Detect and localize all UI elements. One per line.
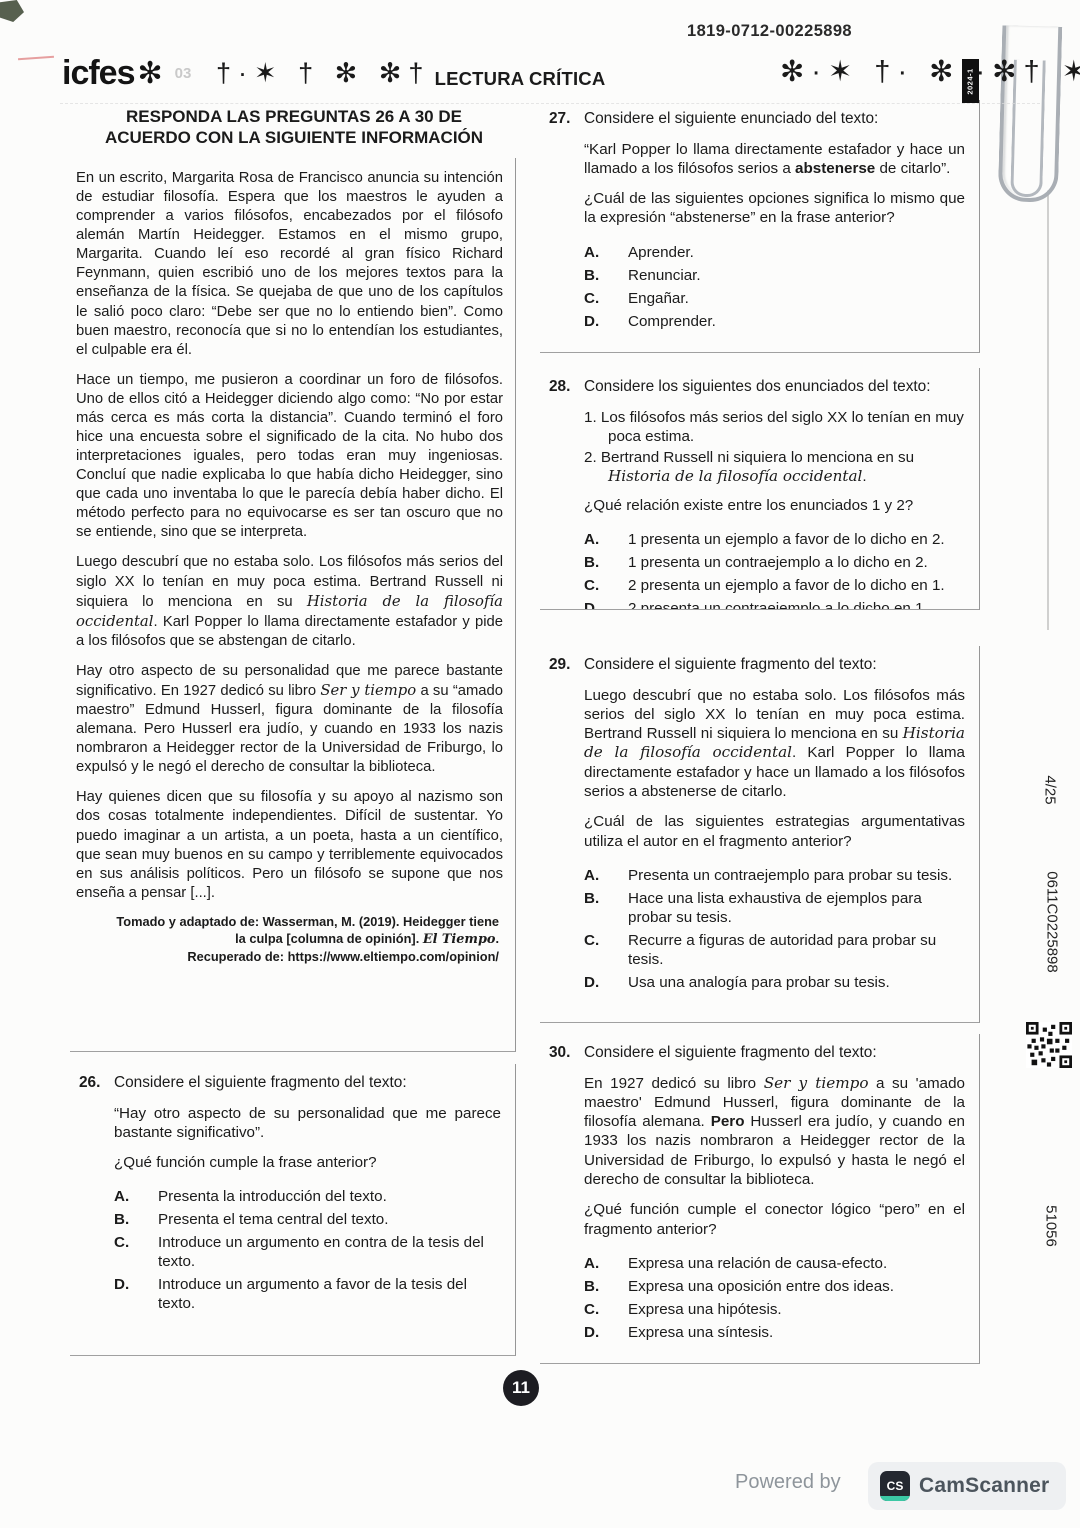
question-intro: Considere el siguiente fragmento del tex… xyxy=(584,655,965,675)
option-text: Expresa una oposición entre dos ideas. xyxy=(628,1277,965,1296)
question-intro: Considere los siguientes dos enunciados … xyxy=(584,377,965,397)
option-text: Comprender. xyxy=(628,312,965,331)
option-text: 1 presenta un contraejemplo a lo dicho e… xyxy=(628,553,965,572)
option-text: Expresa una hipótesis. xyxy=(628,1300,965,1319)
statement-1: 1. Los filósofos más serios del siglo XX… xyxy=(584,408,965,447)
option-letter: C. xyxy=(114,1233,158,1271)
option-text: Hace una lista exhaustiva de ejemplos pa… xyxy=(628,889,965,927)
scan-red-line-artifact xyxy=(18,56,54,61)
option-text: Expresa una síntesis. xyxy=(628,1323,965,1342)
statement-2: 2. Bertrand Russell ni siquiera lo menci… xyxy=(584,448,965,487)
powered-by-label: Powered by xyxy=(735,1471,841,1494)
question-fragment: En 1927 dedicó su libro Ser y tiempo a s… xyxy=(584,1074,965,1190)
cycle-badge-label: 2024-1 xyxy=(966,68,975,94)
option-d: D.Expresa una síntesis. xyxy=(584,1323,965,1342)
option-letter: A. xyxy=(584,1254,628,1273)
source-line: Tomado y adaptado de: Wasserman, M. (201… xyxy=(76,914,499,931)
question-prompt: ¿Cuál de las siguientes opciones signifi… xyxy=(584,189,965,228)
camscanner-initials: CS xyxy=(887,1479,904,1493)
option-letter: A. xyxy=(114,1187,158,1206)
options-list: A.Aprender. B.Renunciar. C.Engañar. D.Co… xyxy=(584,243,965,331)
option-text: Presenta la introducción del texto. xyxy=(158,1187,501,1206)
question-intro: Considere el siguiente fragmento del tex… xyxy=(584,1043,965,1063)
option-a: A.1 presenta un ejemplo a favor de lo di… xyxy=(584,530,965,549)
form-id-number: 1819-0712-00225898 xyxy=(687,22,852,41)
question-quote: “Hay otro aspecto de su personalidad que… xyxy=(114,1104,501,1143)
option-b: B.Renunciar. xyxy=(584,266,965,285)
instructions-heading: RESPONDA LAS PREGUNTAS 26 A 30 DE ACUERD… xyxy=(70,106,518,149)
option-letter: C. xyxy=(584,931,628,969)
option-a: A.Aprender. xyxy=(584,243,965,262)
passage-source-citation: Tomado y adaptado de: Wasserman, M. (201… xyxy=(76,914,503,966)
question-prompt: ¿Qué función cumple la frase anterior? xyxy=(114,1153,501,1172)
icfes-logo: icfes ✻ 03 xyxy=(62,54,191,93)
option-letter: C. xyxy=(584,576,628,595)
scan-corner-artifact xyxy=(0,0,24,22)
question-intro: Considere el siguiente enunciado del tex… xyxy=(584,109,965,129)
option-text: Engañar. xyxy=(628,289,965,308)
option-c: C.2 presenta un ejemplo a favor de lo di… xyxy=(584,576,965,595)
options-list: A.Expresa una relación de causa-efecto. … xyxy=(584,1254,965,1342)
option-letter: A. xyxy=(584,530,628,549)
option-text: Introduce un argumento en contra de la t… xyxy=(158,1233,501,1271)
margin-serial-number: 51056 xyxy=(1043,1205,1060,1247)
option-text: Usa una analogía para probar su tesis. xyxy=(628,973,965,992)
option-c: C.Expresa una hipótesis. xyxy=(584,1300,965,1319)
passage-paragraph: Hay quienes dicen que su filosofía y su … xyxy=(76,788,503,902)
option-text: Presenta el tema central del texto. xyxy=(158,1210,501,1229)
option-letter: C. xyxy=(584,1300,628,1319)
question-quote: “Karl Popper lo llama directamente estaf… xyxy=(584,140,965,179)
source-line: Recuperado de: https://www.eltiempo.com/… xyxy=(76,949,499,966)
options-list: A.1 presenta un ejemplo a favor de lo di… xyxy=(584,530,965,610)
option-letter: D. xyxy=(584,973,628,992)
option-c: C.Engañar. xyxy=(584,289,965,308)
option-d: D.Usa una analogía para probar su tesis. xyxy=(584,973,965,992)
option-letter: B. xyxy=(584,266,628,285)
option-c: C.Introduce un argumento en contra de la… xyxy=(114,1233,501,1271)
option-text: Renunciar. xyxy=(628,266,965,285)
option-text: 2 presenta un ejemplo a favor de lo dich… xyxy=(628,576,965,595)
question-27: 27. Considere el siguiente enunciado del… xyxy=(540,100,980,353)
qr-code xyxy=(1026,1022,1072,1068)
passage-paragraph: En un escrito, Margarita Rosa de Francis… xyxy=(76,169,503,360)
option-a: A.Expresa una relación de causa-efecto. xyxy=(584,1254,965,1273)
option-b: B.1 presenta un contraejemplo a lo dicho… xyxy=(584,553,965,572)
option-letter: B. xyxy=(114,1210,158,1229)
option-d: D.2 presenta un contraejemplo a lo dicho… xyxy=(584,599,965,610)
question-number: 30. xyxy=(540,1043,584,1063)
option-letter: B. xyxy=(584,889,628,927)
option-letter: C. xyxy=(584,289,628,308)
option-a: A.Presenta la introducción del texto. xyxy=(114,1187,501,1206)
question-number: 29. xyxy=(540,655,584,675)
question-intro: Considere el siguiente fragmento del tex… xyxy=(114,1073,501,1093)
option-d: D.Introduce un argumento a favor de la t… xyxy=(114,1275,501,1313)
option-letter: A. xyxy=(584,866,628,885)
question-prompt: ¿Qué función cumple el conector lógico “… xyxy=(584,1200,965,1239)
margin-page-fraction: 4/25 xyxy=(1042,775,1059,804)
option-text: Presenta un contraejemplo para probar su… xyxy=(628,866,965,885)
option-letter: D. xyxy=(584,312,628,331)
question-number: 28. xyxy=(540,377,584,397)
margin-booklet-code: 0611C0225898 xyxy=(1044,871,1061,972)
icfes-logo-star-icon: ✻ xyxy=(138,56,163,91)
scanned-exam-page: 1819-0712-00225898 icfes ✻ 03 †·✶ † ✻ ✻†… xyxy=(0,0,1080,1528)
section-title: LECTURA CRÍTICA xyxy=(420,68,620,90)
cycle-badge: 2024-1 xyxy=(962,59,979,103)
source-line: la culpa [columna de opinión]. El Tiempo… xyxy=(76,931,499,949)
options-list: A.Presenta la introducción del texto. B.… xyxy=(114,1187,501,1313)
question-28: 28. Considere los siguientes dos enuncia… xyxy=(540,368,980,610)
option-b: B.Expresa una oposición entre dos ideas. xyxy=(584,1277,965,1296)
decorative-glyphs-left: †·✶ † ✻ ✻† xyxy=(216,58,430,89)
page-number: 11 xyxy=(512,1378,530,1398)
option-text: 1 presenta un ejemplo a favor de lo dich… xyxy=(628,530,965,549)
print-mark: 03 xyxy=(175,65,192,82)
camscanner-icon: CS xyxy=(880,1471,910,1501)
option-letter: B. xyxy=(584,553,628,572)
option-letter: A. xyxy=(584,243,628,262)
question-number: 27. xyxy=(540,109,584,129)
passage-paragraph: Hay otro aspecto de su personalidad que … xyxy=(76,662,503,777)
decorative-glyphs-right: ✻·✶ †· ✻ ·✻† ✶† xyxy=(780,54,1080,89)
question-26: 26. Considere el siguiente fragmento del… xyxy=(70,1064,516,1356)
scan-edge-line xyxy=(1047,190,1049,630)
question-30: 30. Considere el siguiente fragmento del… xyxy=(540,1034,980,1364)
option-text: Recurre a figuras de autoridad para prob… xyxy=(628,931,965,969)
option-c: C.Recurre a figuras de autoridad para pr… xyxy=(584,931,965,969)
option-b: B.Hace una lista exhaustiva de ejemplos … xyxy=(584,889,965,927)
question-prompt: ¿Qué relación existe entre los enunciado… xyxy=(584,496,965,515)
option-d: D.Comprender. xyxy=(584,312,965,331)
camscanner-watermark: CS CamScanner xyxy=(868,1462,1066,1510)
options-list: A.Presenta un contraejemplo para probar … xyxy=(584,866,965,992)
option-text: Introduce un argumento a favor de la tes… xyxy=(158,1275,501,1313)
option-letter: D. xyxy=(114,1275,158,1313)
option-text: Aprender. xyxy=(628,243,965,262)
question-number: 26. xyxy=(70,1073,114,1093)
question-fragment: Luego descubrí que no estaba solo. Los f… xyxy=(584,686,965,802)
instructions-line-1: RESPONDA LAS PREGUNTAS 26 A 30 DE xyxy=(70,106,518,127)
option-b: B.Presenta el tema central del texto. xyxy=(114,1210,501,1229)
option-text: 2 presenta un contraejemplo a lo dicho e… xyxy=(628,599,965,610)
option-text: Expresa una relación de causa-efecto. xyxy=(628,1254,965,1273)
reading-passage-box: En un escrito, Margarita Rosa de Francis… xyxy=(70,158,516,1052)
camscanner-brand-name: CamScanner xyxy=(919,1474,1049,1498)
passage-paragraph: Luego descubrí que no estaba solo. Los f… xyxy=(76,553,503,650)
instructions-line-2: ACUERDO CON LA SIGUIENTE INFORMACIÓN xyxy=(70,127,518,148)
option-a: A.Presenta un contraejemplo para probar … xyxy=(584,866,965,885)
question-29: 29. Considere el siguiente fragmento del… xyxy=(540,646,980,1023)
icfes-logo-text: icfes xyxy=(62,54,135,93)
page-number-badge: 11 xyxy=(503,1370,539,1406)
passage-paragraph: Hace un tiempo, me pusieron a coordinar … xyxy=(76,371,503,543)
option-letter: D. xyxy=(584,1323,628,1342)
option-letter: B. xyxy=(584,1277,628,1296)
question-prompt: ¿Cuál de las siguientes estrategias argu… xyxy=(584,812,965,851)
option-letter: D. xyxy=(584,599,628,610)
